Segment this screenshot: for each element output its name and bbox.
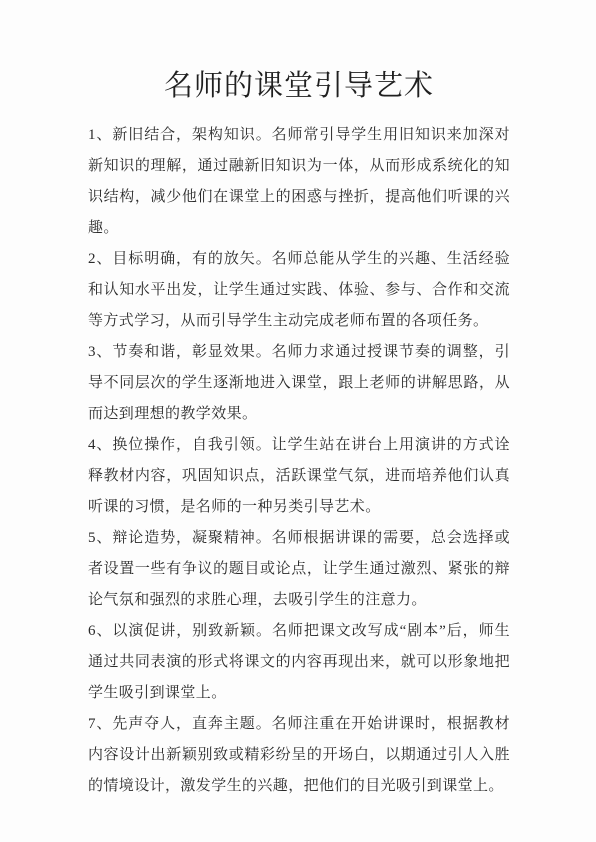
document-page: 名师的课堂引导艺术 1、新旧结合，架构知识。名师常引导学生用旧知识来加深对新知识…	[0, 0, 596, 842]
paragraph-6: 6、以演促讲，别致新颖。名师把课文改写成“剧本”后，师生通过共同表演的形式将课文…	[88, 616, 510, 709]
paragraph-4: 4、换位操作，自我引领。让学生站在讲台上用演讲的方式诠释教材内容，巩固知识点，活…	[88, 430, 510, 523]
document-title: 名师的课堂引导艺术	[88, 66, 510, 106]
paragraph-7: 7、先声夺人，直奔主题。名师注重在开始讲课时，根据教材内容设计出新颖别致或精彩纷…	[88, 709, 510, 802]
paragraph-3: 3、节奏和谐，彰显效果。名师力求通过授课节奏的调整，引导不同层次的学生逐渐地进入…	[88, 337, 510, 430]
paragraph-2: 2、目标明确，有的放矢。名师总能从学生的兴趣、生活经验和认知水平出发，让学生通过…	[88, 244, 510, 337]
paragraph-1: 1、新旧结合，架构知识。名师常引导学生用旧知识来加深对新知识的理解，通过融新旧知…	[88, 120, 510, 244]
paragraph-5: 5、辩论造势，凝聚精神。名师根据讲课的需要，总会选择或者设置一些有争议的题目或论…	[88, 523, 510, 616]
